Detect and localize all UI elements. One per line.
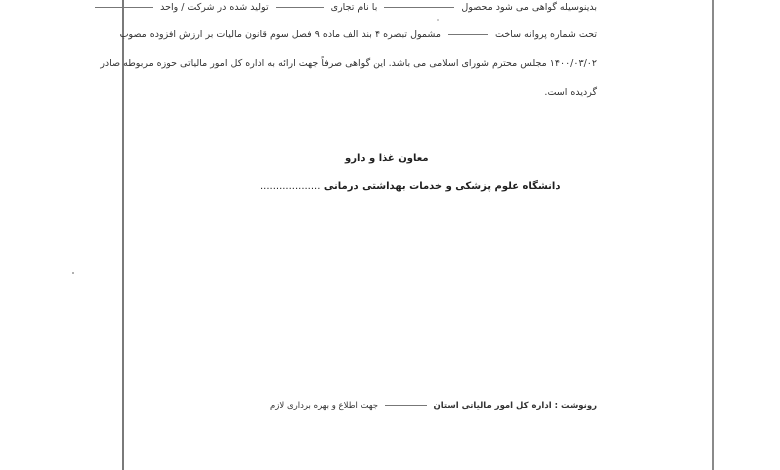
certify-text: بدینوسیله گواهی می شود محصول: [461, 2, 597, 13]
paragraph-line-2: تحت شماره پروانه ساخت مشمول تبصره ۴ بند …: [120, 29, 597, 40]
province-blank: [385, 405, 427, 406]
university-blank: ...................: [260, 181, 320, 192]
closing-text: گردیده است.: [544, 87, 597, 98]
paragraph-line-1: بدینوسیله گواهی می شود محصول با نام تجار…: [91, 2, 597, 13]
university-name: دانشگاه علوم پزشکی و خدمات بهداشتی درمان…: [324, 181, 561, 192]
trade-name-blank: [276, 7, 324, 8]
page-border-left: [122, 0, 124, 470]
signatory-university: دانشگاه علوم پزشکی و خدمات بهداشتی درمان…: [260, 181, 561, 192]
paragraph-line-3: ۱۴۰۰/۰۳/۰۲ مجلس محترم شورای اسلامی می با…: [100, 58, 597, 69]
cc-label: رونوشت : اداره کل امور مالیاتی استان: [433, 401, 597, 411]
approval-text: ۱۴۰۰/۰۳/۰۲ مجلس محترم شورای اسلامی می با…: [100, 58, 597, 69]
product-blank: [384, 7, 454, 8]
produced-by-label: تولید شده در شرکت / واحد: [160, 2, 268, 13]
tax-clause-text: مشمول تبصره ۴ بند الف ماده ۹ فصل سوم قان…: [120, 29, 441, 40]
trade-name-label: با نام تجاری: [331, 2, 378, 13]
company-blank: [95, 7, 153, 8]
carbon-copy-line: رونوشت : اداره کل امور مالیاتی استان جهت…: [270, 401, 597, 411]
cc-suffix: جهت اطلاع و بهره برداری لازم: [270, 401, 378, 411]
license-blank: [448, 34, 488, 35]
signatory-title: معاون غذا و دارو: [345, 153, 429, 164]
license-label: تحت شماره پروانه ساخت: [495, 29, 597, 40]
scan-speck: [72, 272, 74, 274]
paragraph-line-4: گردیده است.: [544, 87, 597, 98]
scan-speck: [437, 19, 439, 21]
page-border-right: [712, 0, 714, 470]
